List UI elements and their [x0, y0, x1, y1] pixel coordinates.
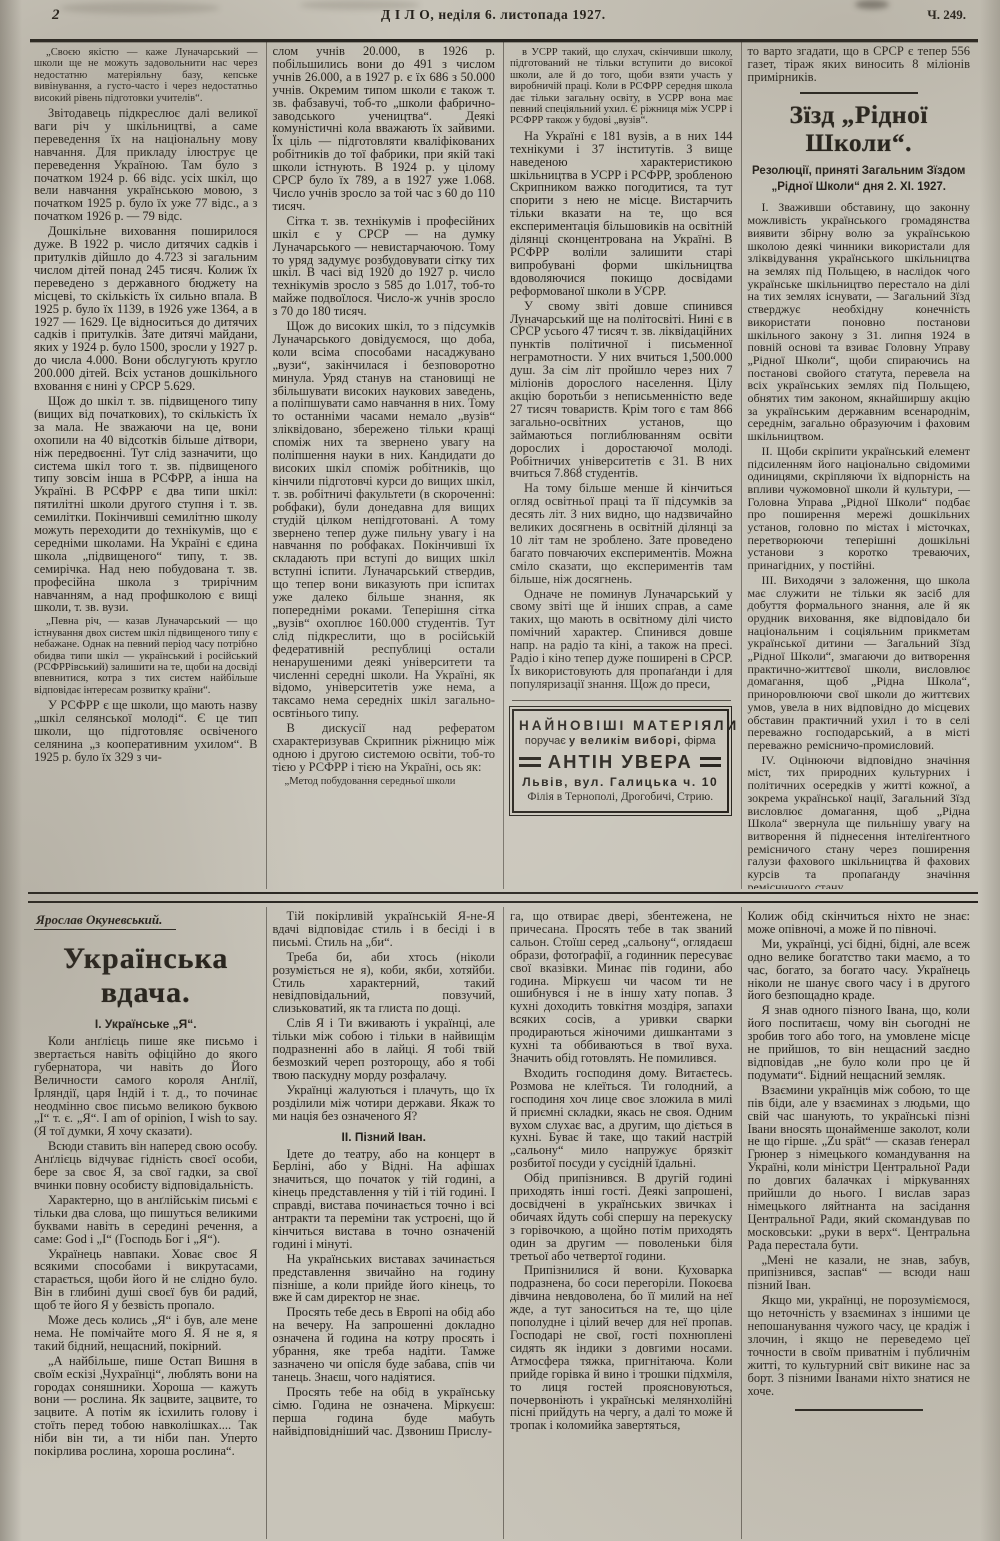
- feature-column-1: Ярослав Окуневський. Українська вдача. I…: [28, 907, 266, 1539]
- paragraph: Я знав одного пізного Івана, що, коли йо…: [748, 1004, 971, 1081]
- author-byline: Ярослав Окуневський.: [34, 912, 176, 930]
- issue-number: Ч. 249.: [927, 7, 966, 23]
- ad-firm-name: АНТІН УВЕРА: [548, 751, 693, 773]
- paragraph: Одначе не поминув Луначарський у свому з…: [510, 588, 733, 691]
- subtitle-line: „Рідної Школи“ дня 2. XI. 1927.: [748, 179, 971, 195]
- paragraph: Ми, українці, усі бідні, бідні, але всеж…: [748, 938, 971, 1003]
- ad-top-rule: [512, 700, 731, 701]
- masthead: 2 Д І Л О, неділя 6. листопада 1927. Ч. …: [0, 0, 1000, 38]
- ad-headline: НАЙНОВІШІ МАТЕРІЯЛИ: [519, 718, 722, 733]
- ad-subline-text: фірма: [681, 735, 715, 747]
- section-heading: I. Українське „Я“.: [34, 1017, 258, 1031]
- paragraph: Щож до високих шкіл, то з підсумків Луна…: [273, 320, 496, 720]
- paragraph: „Метод побудовання середньої школи: [273, 776, 496, 787]
- paragraph: га, що отвирає двері, збентежена, не при…: [510, 910, 733, 1065]
- paragraph: В дискусії над рефератом схарактеризував…: [273, 722, 496, 774]
- paragraph: На Україні є 181 вузів, а в них 144 техн…: [510, 130, 733, 298]
- paragraph: Дошкільне виховання поширилося дуже. В 1…: [34, 225, 258, 393]
- column-4: то варто згадати, що в СРСР є тепер 556 …: [741, 42, 979, 889]
- paragraph: Входить господиня дому. Витаєтесь. Розмо…: [510, 1067, 733, 1170]
- subtitle-line: Резолюції, приняті Загальним Зїздом: [748, 163, 971, 179]
- paragraph: слом учнів 20.000, в 1926 р. побільшилис…: [273, 45, 496, 213]
- paragraph: У РСФРР є ще школи, що мають назву „шкіл…: [34, 699, 258, 764]
- paragraph: Якщо ми, українці, не порозуміємося, що …: [748, 1294, 971, 1397]
- column-text: Колиж обід скінчиться ніхто не знає: мож…: [748, 910, 971, 1398]
- paragraph: Ідете до театру, або на концерт в Берлін…: [273, 1148, 496, 1251]
- education-article-section: „Своєю якістю — каже Луначарський — школ…: [0, 42, 1000, 889]
- double-bar-ornament: [519, 757, 541, 767]
- paragraph: Українці жалуються і плачуть, що їх розд…: [273, 1084, 496, 1123]
- feature-column-2: Тій покірливій українській Я-не-Я вдачі …: [266, 907, 504, 1539]
- paragraph: „Мені не казали, не знав, забув, припізн…: [748, 1254, 971, 1293]
- paragraph: „Певна річ, — казав Луначарський — що іс…: [34, 616, 258, 696]
- paragraph: Просять тебе на обід в українську сімю. …: [273, 1386, 496, 1438]
- headline-ridna-shkola: Зїзд „Рідної Школи“.: [748, 101, 971, 156]
- paragraph: Слів Я і Ти вживають і українці, але тіл…: [273, 1017, 496, 1082]
- feature-column-4: Колиж обід скінчиться ніхто не знає: мож…: [741, 907, 979, 1539]
- newspaper-page: 2 Д І Л О, неділя 6. листопада 1927. Ч. …: [0, 0, 1000, 1541]
- ad-antin-uvera: НАЙНОВІШІ МАТЕРІЯЛИ поручає у великім ви…: [512, 709, 729, 813]
- paragraph: „Своєю якістю — каже Луначарський — школ…: [34, 47, 258, 104]
- paragraph: Колиж обід скінчиться ніхто не знає: мож…: [748, 910, 971, 936]
- paragraph: Просять тебе десь в Европі на обід або н…: [273, 1306, 496, 1383]
- paragraph: Коли анґлієць пише яке письмо і звертаєт…: [34, 1035, 258, 1138]
- paragraph: Може десь колись „Я“ і був, але мене нем…: [34, 1314, 258, 1353]
- paragraph: Характерно, що в анґлійськім письмі є ті…: [34, 1194, 258, 1246]
- feature-column-3: га, що отвирає двері, збентежена, не при…: [503, 907, 741, 1539]
- column-3: в УСРР такий, що слухач, скінчивши школу…: [503, 42, 741, 889]
- paragraph: Треба би, аби хтось (ніколи розуміється …: [273, 951, 496, 1016]
- section-divider: [28, 892, 978, 903]
- ad-branches: Філія в Тернополі, Дрогобичі, Стрию.: [519, 791, 722, 803]
- column-text: то варто згадати, що в СРСР є тепер 556 …: [748, 45, 971, 84]
- article-separator-rule: [800, 92, 918, 95]
- section-heading: II. Пізний Іван.: [273, 1130, 496, 1144]
- article-end-rule: [795, 1409, 923, 1411]
- paragraph: Сітка т. зв. технікумів і професійних шк…: [273, 215, 496, 318]
- column-text: I. Українське „Я“.Коли анґлієць пише яке…: [34, 1017, 258, 1458]
- paragraph: Тій покірливій українській Я-не-Я вдачі …: [273, 910, 496, 949]
- paragraph: в УСРР такий, що слухач, скінчивши школу…: [510, 47, 733, 127]
- paragraph: На українських виставах зачинається пред…: [273, 1253, 496, 1305]
- paragraph: Щож до шкіл т. зв. підвищеного типу (вищ…: [34, 395, 258, 614]
- paragraph: Обід припізнився. В другій годині приход…: [510, 1172, 733, 1262]
- feature-article-section: Ярослав Окуневський. Українська вдача. I…: [0, 907, 1000, 1539]
- column-text: Тій покірливій українській Я-не-Я вдачі …: [273, 910, 496, 1437]
- page-number: 2: [52, 7, 60, 24]
- feature-title: Українська вдача.: [34, 942, 258, 1010]
- paragraph: IV. Оцінюючи відповідно значіння міст, т…: [748, 754, 971, 889]
- double-bar-ornament: [700, 757, 722, 767]
- paragraph: II. Щоби скріпити український елемент пі…: [748, 445, 971, 572]
- paragraph: Українець навпаки. Ховає своє Я всякими …: [34, 1248, 258, 1313]
- paragraph: У свому звіті довше спинився Луначарськи…: [510, 300, 733, 481]
- paragraph: Взаємини українців між собою, то ще пів …: [748, 1084, 971, 1252]
- column-1: „Своєю якістю — каже Луначарський — школ…: [28, 42, 266, 889]
- paragraph: III. Виходячи з заложення, що школа має …: [748, 574, 971, 752]
- ad-firm-row: АНТІН УВЕРА: [519, 751, 722, 773]
- column-2: слом учнів 20.000, в 1926 р. побільшилис…: [266, 42, 504, 889]
- headline-subtitle: Резолюції, приняті Загальним Зїздом „Рід…: [748, 163, 971, 195]
- column-text: га, що отвирає двері, збентежена, не при…: [510, 910, 733, 1432]
- masthead-title: Д І Л О, неділя 6. листопада 1927.: [60, 7, 928, 23]
- paragraph: Всюди ставить він наперед свою особу. Ан…: [34, 1140, 258, 1192]
- ad-subline: поручає у великім виборі, фірма: [519, 735, 722, 747]
- ad-address: Львів, вул. Галицька ч. 10: [519, 775, 722, 789]
- ad-subline-text: поручає: [525, 735, 569, 747]
- paragraph: Звітодавець підкреслює далі великої ваги…: [34, 107, 258, 223]
- column-text: слом учнів 20.000, в 1926 р. побільшилис…: [273, 45, 496, 787]
- ad-subline-bold: у великім виборі,: [569, 735, 681, 747]
- paragraph: Припізнилися й вони. Куховарка подразнен…: [510, 1264, 733, 1432]
- column-text: I. Зваживши обставину, що законну можлив…: [748, 201, 971, 889]
- column-text: в УСРР такий, що слухач, скінчивши школу…: [510, 47, 733, 691]
- paragraph: „А найбільше, пише Остап Вишня в своїм е…: [34, 1355, 258, 1458]
- paragraph: На тому більше менше й кінчиться огляд о…: [510, 482, 733, 585]
- paragraph: I. Зваживши обставину, що законну можлив…: [748, 201, 971, 442]
- paragraph: то варто згадати, що в СРСР є тепер 556 …: [748, 45, 971, 84]
- column-text: „Своєю якістю — каже Луначарський — школ…: [34, 47, 258, 764]
